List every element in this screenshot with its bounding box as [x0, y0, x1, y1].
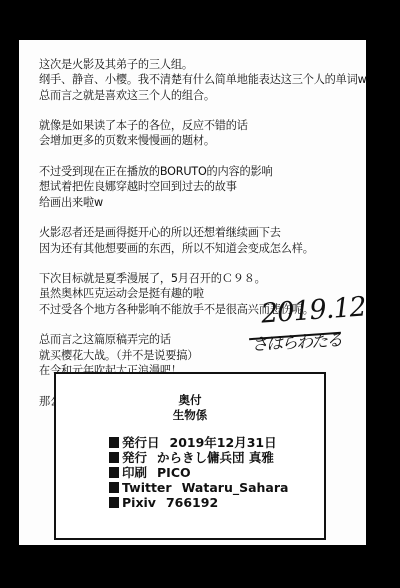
text-line: 这次是火影及其弟子的三人组。 [39, 57, 359, 72]
square-bullet-icon [109, 437, 119, 448]
row-label: Pixiv [122, 495, 156, 510]
colophon-row-publisher: 発行 からきし傭兵団 真雅 [109, 450, 288, 465]
text-line: 就像是如果读了本子的各位，反应不错的话 [39, 118, 359, 133]
text-line: 给画出来啦w [39, 195, 359, 210]
colophon-row-twitter: Twitter Wataru_Sahara [109, 480, 288, 495]
text-line: 因为还有其他想要画的东西，所以不知道会变成怎么样。 [39, 241, 359, 256]
text-line: 下次目标就是夏季漫展了，5月召开的Ｃ９８。 [39, 271, 359, 286]
circle-name: 生物係 [56, 407, 324, 423]
colophon-row-pixiv: Pixiv 766192 [109, 495, 288, 510]
row-value: からきし傭兵団 真雅 [157, 450, 274, 465]
signature-date: 2019.12 [260, 291, 367, 329]
text-line: 想试着把佐良娜穿越时空回到过去的故事 [39, 179, 359, 194]
afterword-text: 这次是火影及其弟子的三人组。 纲手、静音、小樱。我不清楚有什么简单地能表达这三个… [39, 57, 359, 424]
text-line: 会增加更多的页数来慢慢画的题材。 [39, 133, 359, 148]
paragraph: 不过受到现在正在播放的BORUTO的内容的影响 想试着把佐良娜穿越时空回到过去的… [39, 164, 359, 210]
row-label: Twitter [122, 480, 172, 495]
square-bullet-icon [109, 452, 119, 463]
colophon-list: 発行日 2019年12月31日 発行 からきし傭兵団 真雅 印刷 PICO Tw… [109, 435, 288, 510]
text-line: 总而言之就是喜欢这三个人的组合。 [39, 88, 359, 103]
colophon-row-printer: 印刷 PICO [109, 465, 288, 480]
square-bullet-icon [109, 482, 119, 493]
colophon-box: 奥付 生物係 発行日 2019年12月31日 発行 からきし傭兵団 真雅 印刷 … [54, 372, 326, 540]
row-value: 766192 [166, 495, 218, 510]
row-value: 2019年12月31日 [170, 435, 277, 450]
square-bullet-icon [109, 467, 119, 478]
signature-name: さはらわたる [250, 326, 341, 356]
row-value: PICO [157, 465, 191, 480]
square-bullet-icon [109, 497, 119, 508]
row-value: Wataru_Sahara [182, 480, 289, 495]
paragraph: 这次是火影及其弟子的三人组。 纲手、静音、小樱。我不清楚有什么简单地能表达这三个… [39, 57, 359, 103]
colophon-title: 奥付 [56, 392, 324, 408]
paragraph: 就像是如果读了本子的各位，反应不错的话 会增加更多的页数来慢慢画的题材。 [39, 118, 359, 149]
colophon-row-publish-date: 発行日 2019年12月31日 [109, 435, 288, 450]
paragraph: 火影忍者还是画得挺开心的所以还想着继续画下去 因为还有其他想要画的东西，所以不知… [39, 225, 359, 256]
row-label: 発行日 [122, 435, 160, 450]
document-page: 这次是火影及其弟子的三人组。 纲手、静音、小樱。我不清楚有什么简单地能表达这三个… [19, 40, 366, 545]
text-line: 纲手、静音、小樱。我不清楚有什么简单地能表达这三个人的单词w [39, 72, 359, 87]
text-line: 不过受到现在正在播放的BORUTO的内容的影响 [39, 164, 359, 179]
row-label: 発行 [122, 450, 147, 465]
text-line: 火影忍者还是画得挺开心的所以还想着继续画下去 [39, 225, 359, 240]
handwritten-signature: 2019.12 さはらわたる [249, 295, 359, 367]
row-label: 印刷 [122, 465, 147, 480]
